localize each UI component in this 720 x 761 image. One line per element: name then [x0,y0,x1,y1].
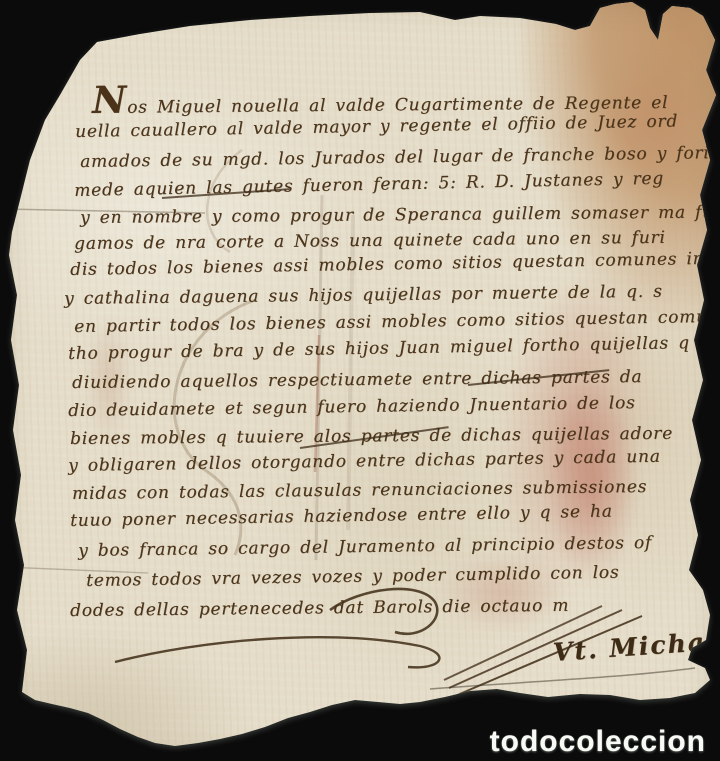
scanned-manuscript-image: Nos Miguel nouella al valde Cugartimente… [0,0,720,761]
manuscript-paper: Nos Miguel nouella al valde Cugartimente… [0,0,720,761]
watermark-text: todocoleccion [490,725,706,759]
paper-wrap: Nos Miguel nouella al valde Cugartimente… [0,0,720,761]
